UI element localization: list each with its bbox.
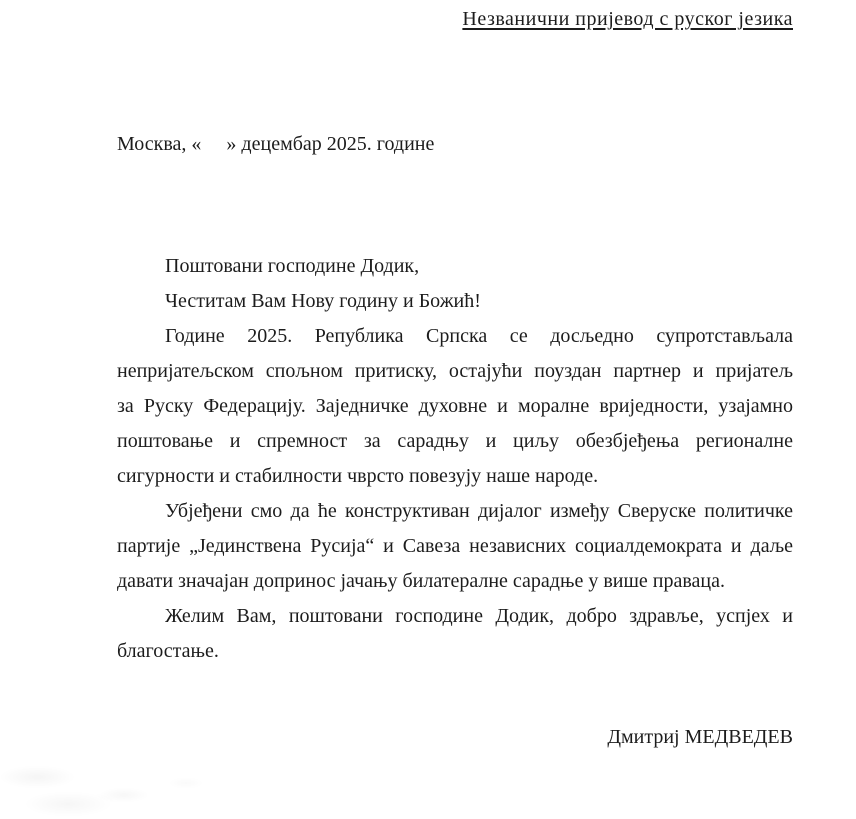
- scanned-letter-page: Незванични пријевод с руског језика Моск…: [0, 0, 856, 819]
- letter-line: благостање.: [117, 634, 793, 669]
- letter-line: Године 2025. Република Српска се досљедн…: [117, 319, 793, 354]
- scan-artifact-noise: [0, 759, 310, 819]
- letter-line: партије „Јединствена Русија“ и Савеза не…: [117, 529, 793, 564]
- signature: Дмитриј МЕДВЕДЕВ: [117, 723, 793, 751]
- letter-line: Поштовани господине Додик,: [117, 249, 793, 284]
- letter-line: Убјеђени смо да ће конструктиван дијалог…: [117, 494, 793, 529]
- letter-line: Желим Вам, поштовани господине Додик, до…: [117, 599, 793, 634]
- letter-line: давати значајан допринос јачању билатера…: [117, 564, 793, 599]
- letter-body: Поштовани господине Додик, Честитам Вам …: [117, 249, 793, 669]
- letter-line: за Руску Федерацију. Заједничке духовне …: [117, 389, 793, 424]
- translation-note: Незванични пријевод с руског језика: [117, 6, 793, 32]
- dateline: Москва, « » децембар 2025. године: [117, 131, 434, 157]
- letter-line: сигурности и стабилности чврсто повезују…: [117, 459, 793, 494]
- letter-line: Честитам Вам Нову годину и Божић!: [117, 284, 793, 319]
- letter-line: непријатељском спољном притиску, остајућ…: [117, 354, 793, 389]
- letter-line: поштовање и спремност за сарадњу и циљу …: [117, 424, 793, 459]
